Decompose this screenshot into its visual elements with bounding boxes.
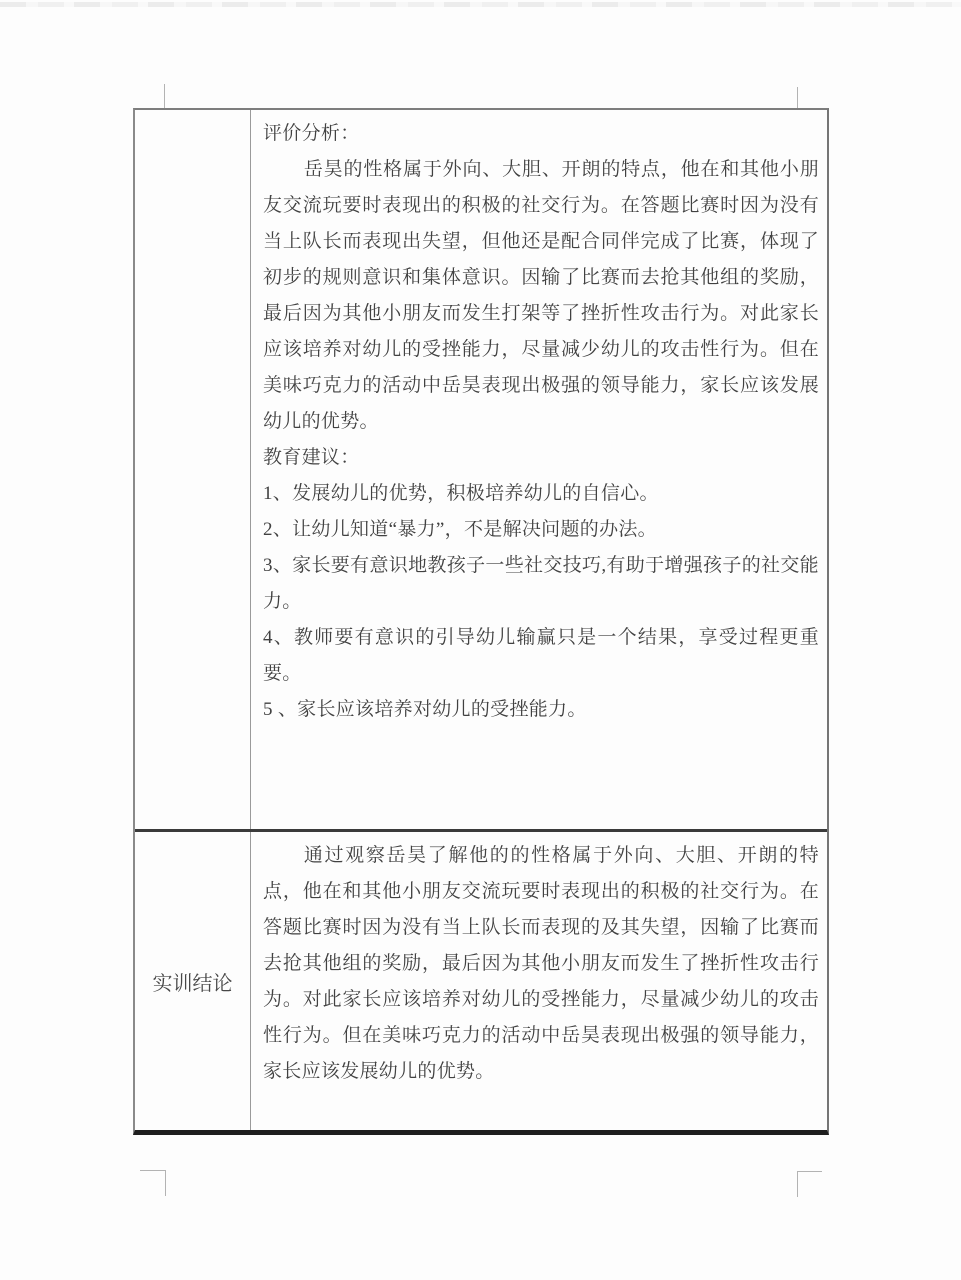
table-row-conclusion: 实训结论 通过观察岳昊了解他的的性格属于外向、大胆、开朗的特点，他在和其他小朋友… bbox=[135, 832, 827, 1130]
table-row-evaluation: 评价分析： 岳昊的性格属于外向、大胆、开朗的特点，他在和其他小朋友交流玩要时表现… bbox=[135, 110, 827, 832]
crop-mark-top-left bbox=[164, 84, 165, 108]
evaluation-row-label-cell bbox=[135, 110, 251, 829]
scan-edge-artifact bbox=[0, 2, 961, 7]
crop-mark-top-right bbox=[797, 87, 798, 108]
conclusion-row-content-cell: 通过观察岳昊了解他的的性格属于外向、大胆、开朗的特点，他在和其他小朋友交流玩要时… bbox=[251, 832, 827, 1130]
education-advice-heading: 教育建议： bbox=[263, 440, 819, 476]
conclusion-row-label-cell: 实训结论 bbox=[135, 832, 251, 1130]
evaluation-analysis-paragraph: 岳昊的性格属于外向、大胆、开朗的特点，他在和其他小朋友交流玩要时表现出的积极的社… bbox=[263, 152, 819, 440]
advice-item-4: 4、教师要有意识的引导幼儿输赢只是一个结果，享受过程更重要。 bbox=[263, 620, 819, 692]
conclusion-row-label: 实训结论 bbox=[153, 967, 233, 996]
advice-item-2: 2、让幼儿知道“暴力”，不是解决问题的办法。 bbox=[263, 512, 819, 548]
advice-item-3: 3、家长要有意识地教孩子一些社交技巧,有助于增强孩子的社交能力。 bbox=[263, 548, 819, 620]
crop-mark-bottom-left bbox=[140, 1170, 166, 1196]
assessment-table: 评价分析： 岳昊的性格属于外向、大胆、开朗的特点，他在和其他小朋友交流玩要时表现… bbox=[133, 108, 829, 1135]
advice-item-1: 1、发展幼儿的优势，积极培养幼儿的自信心。 bbox=[263, 476, 819, 512]
conclusion-paragraph: 通过观察岳昊了解他的的性格属于外向、大胆、开朗的特点，他在和其他小朋友交流玩要时… bbox=[263, 838, 819, 1090]
advice-item-5: 5 、家长应该培养对幼儿的受挫能力。 bbox=[263, 692, 819, 728]
evaluation-analysis-heading: 评价分析： bbox=[263, 116, 819, 152]
evaluation-row-content-cell: 评价分析： 岳昊的性格属于外向、大胆、开朗的特点，他在和其他小朋友交流玩要时表现… bbox=[251, 110, 827, 829]
scanned-document-page: 评价分析： 岳昊的性格属于外向、大胆、开朗的特点，他在和其他小朋友交流玩要时表现… bbox=[0, 0, 961, 1280]
crop-mark-bottom-right bbox=[797, 1171, 822, 1197]
